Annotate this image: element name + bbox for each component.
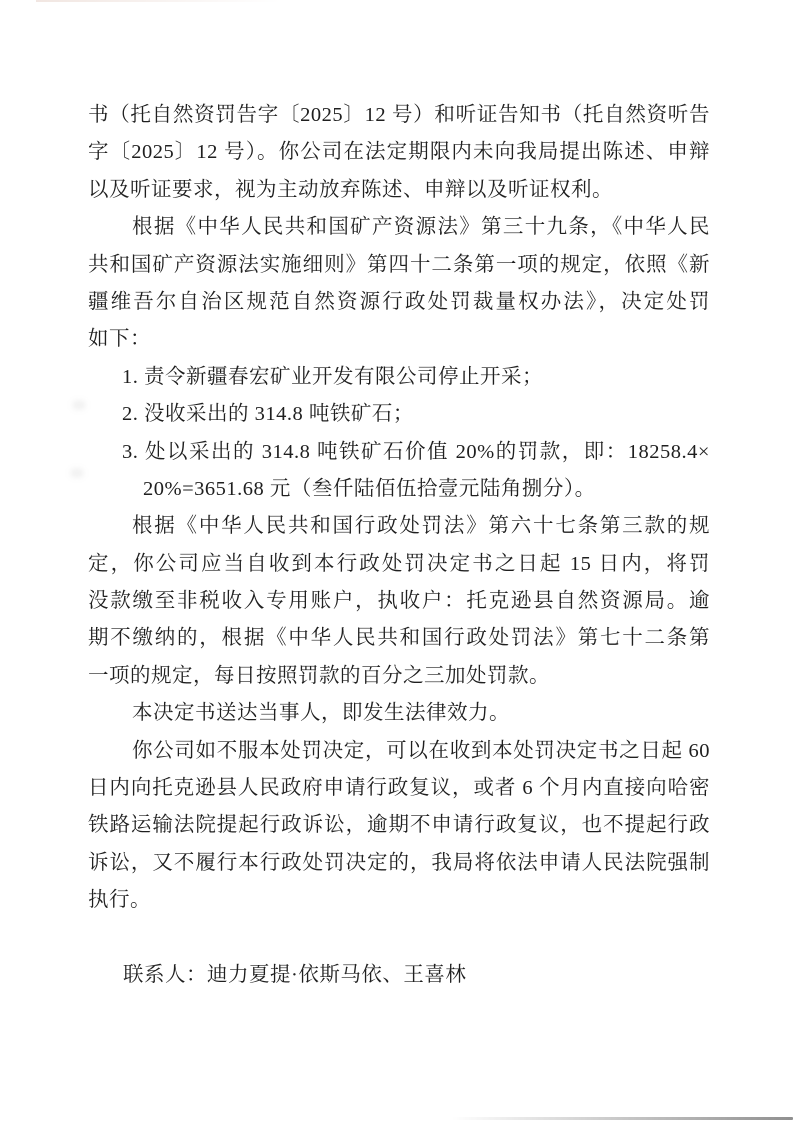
paragraph: 你公司如不服本处罚决定，可以在收到本处罚决定书之日起 60日内向托克逊县人民政府… xyxy=(88,733,710,920)
text-line: 字〔2025〕12 号）。你公司在法定期限内未向我局提出陈述、申辩 xyxy=(88,134,710,171)
text-line: 3. 处以采出的 314.8 吨铁矿石价值 20%的罚款，即：18258.4× xyxy=(88,434,710,471)
paragraph: 书（托自然资罚告字〔2025〕12 号）和听证告知书（托自然资听告字〔2025〕… xyxy=(88,97,710,209)
text-line: 书（托自然资罚告字〔2025〕12 号）和听证告知书（托自然资听告 xyxy=(88,97,710,134)
document-page: 书（托自然资罚告字〔2025〕12 号）和听证告知书（托自然资听告字〔2025〕… xyxy=(0,0,793,1122)
document-body: 书（托自然资罚告字〔2025〕12 号）和听证告知书（托自然资听告字〔2025〕… xyxy=(88,97,710,994)
text-line: 根据《中华人民共和国行政处罚法》第六十七条第三款的规 xyxy=(88,508,710,545)
text-line: 定，你公司应当自收到本行政处罚决定书之日起 15 日内，将罚 xyxy=(88,546,710,583)
text-line: 你公司如不服本处罚决定，可以在收到本处罚决定书之日起 60 xyxy=(88,733,710,770)
scan-edge-bottom xyxy=(452,1117,793,1120)
paragraph: 本决定书送达当事人，即发生法律效力。 xyxy=(88,695,710,732)
text-line: 20%=3651.68 元（叁仟陆佰伍拾壹元陆角捌分）。 xyxy=(88,471,710,508)
text-line: 以及听证要求，视为主动放弃陈述、申辩以及听证权利。 xyxy=(88,172,710,209)
scan-smudge xyxy=(72,400,86,410)
text-line: 1. 责令新疆春宏矿业开发有限公司停止开采； xyxy=(88,359,710,396)
penalty-list-item: 3. 处以采出的 314.8 吨铁矿石价值 20%的罚款，即：18258.4×2… xyxy=(88,434,710,509)
text-line: 如下： xyxy=(88,321,710,358)
text-line: 铁路运输法院提起行政诉讼，逾期不申请行政复议，也不提起行政 xyxy=(88,807,710,844)
text-line: 联系人：迪力夏提·依斯马依、王喜林 xyxy=(88,957,710,994)
text-line: 疆维吾尔自治区规范自然资源行政处罚裁量权办法》，决定处罚 xyxy=(88,284,710,321)
text-line: 日内向托克逊县人民政府申请行政复议，或者 6 个月内直接向哈密 xyxy=(88,770,710,807)
scan-edge-top xyxy=(36,0,281,2)
penalty-list-item: 2. 没收采出的 314.8 吨铁矿石； xyxy=(88,396,710,433)
text-line: 没款缴至非税收入专用账户，执收户：托克逊县自然资源局。逾 xyxy=(88,583,710,620)
text-line: 执行。 xyxy=(88,882,710,919)
text-line: 本决定书送达当事人，即发生法律效力。 xyxy=(88,695,710,732)
paragraph: 根据《中华人民共和国矿产资源法》第三十九条，《中华人民共和国矿产资源法实施细则》… xyxy=(88,209,710,359)
text-line: 诉讼，又不履行本行政处罚决定的，我局将依法申请人民法院强制 xyxy=(88,845,710,882)
contact-line: 联系人：迪力夏提·依斯马依、王喜林 xyxy=(88,957,710,994)
text-line: 2. 没收采出的 314.8 吨铁矿石； xyxy=(88,396,710,433)
text-line: 期不缴纳的，根据《中华人民共和国行政处罚法》第七十二条第 xyxy=(88,620,710,657)
penalty-list-item: 1. 责令新疆春宏矿业开发有限公司停止开采； xyxy=(88,359,710,396)
text-line: 一项的规定，每日按照罚款的百分之三加处罚款。 xyxy=(88,658,710,695)
paragraph: 根据《中华人民共和国行政处罚法》第六十七条第三款的规定，你公司应当自收到本行政处… xyxy=(88,508,710,695)
scan-smudge xyxy=(70,468,84,478)
text-line: 根据《中华人民共和国矿产资源法》第三十九条，《中华人民 xyxy=(88,209,710,246)
text-line: 共和国矿产资源法实施细则》第四十二条第一项的规定，依照《新 xyxy=(88,247,710,284)
